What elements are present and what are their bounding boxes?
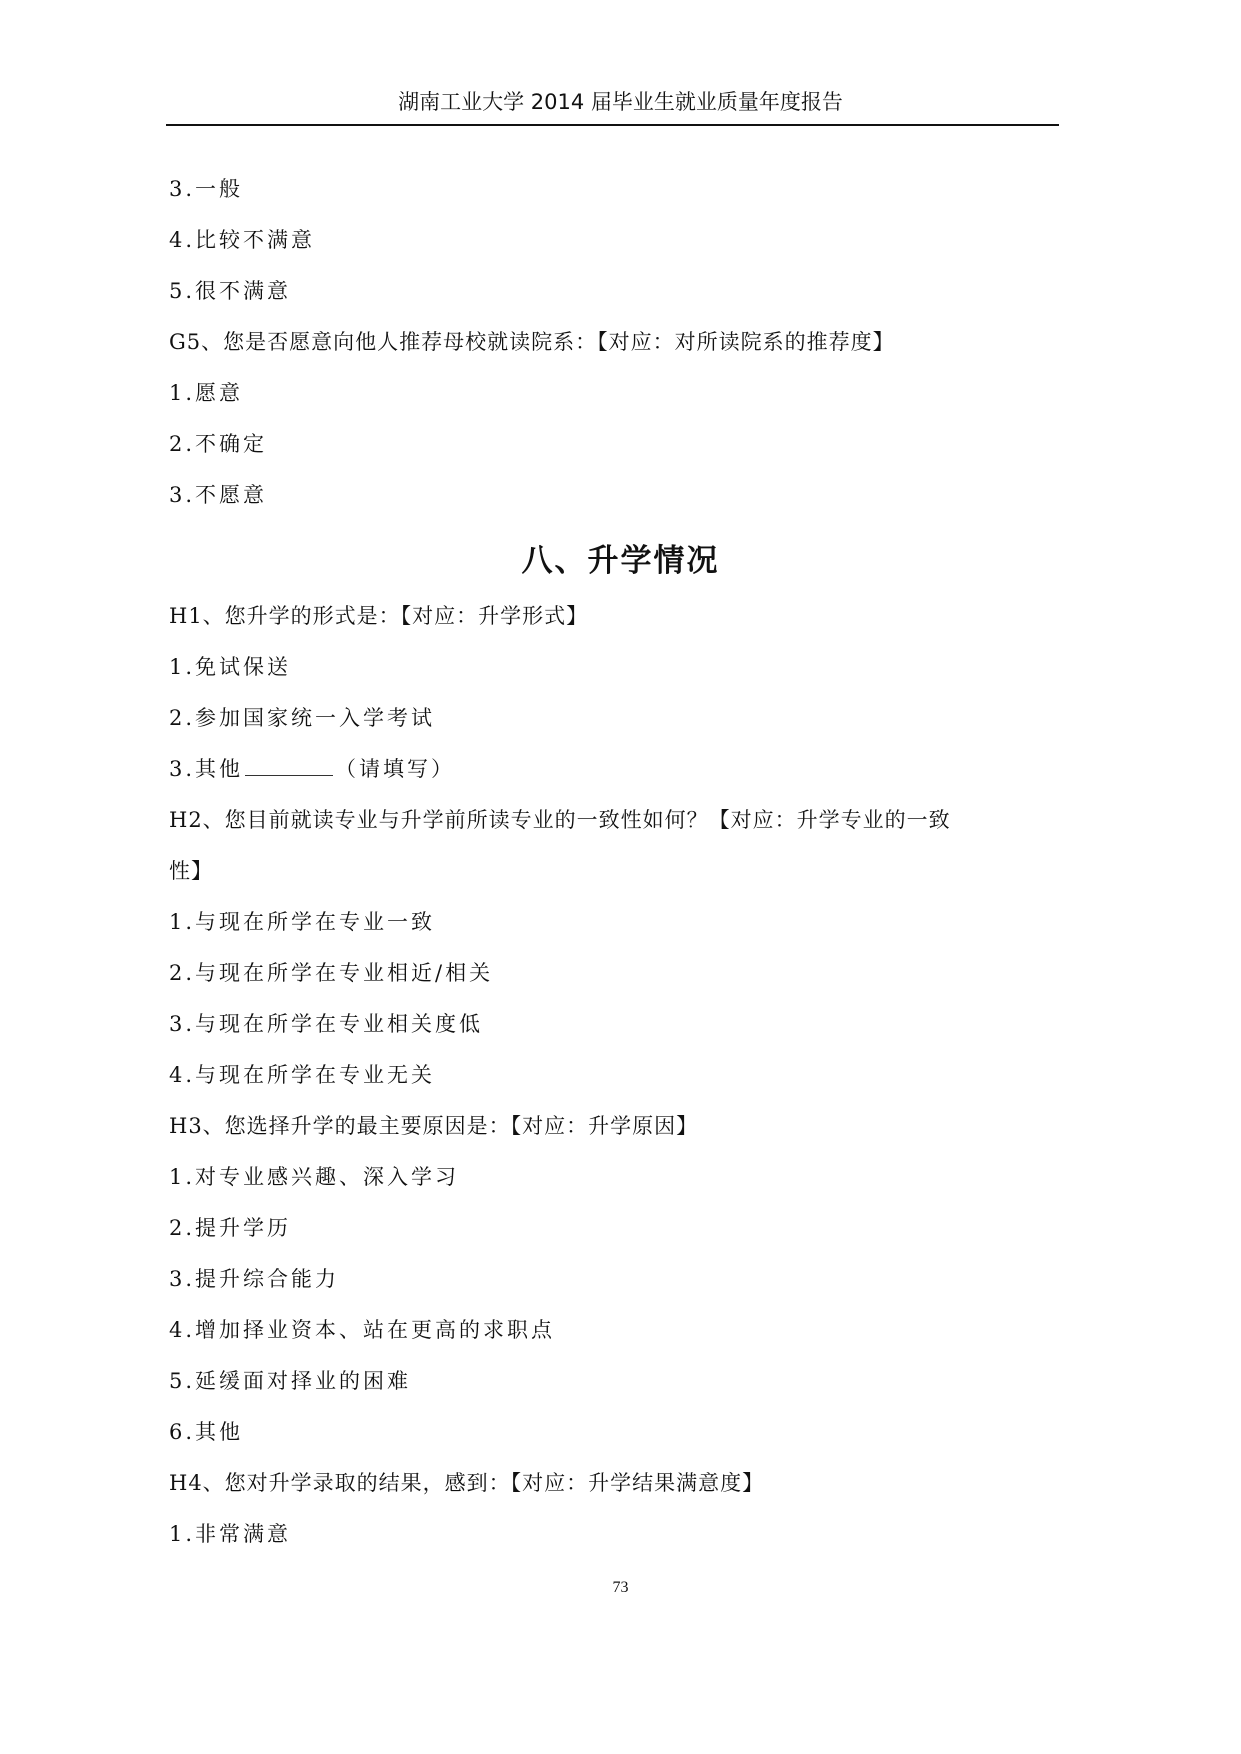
- option-line: 1.对专业感兴趣、深入学习: [169, 1161, 459, 1191]
- option-line: 4.增加择业资本、站在更高的求职点: [169, 1314, 555, 1344]
- option-line: 3.不愿意: [169, 479, 267, 509]
- option-line: 3.提升综合能力: [169, 1263, 339, 1293]
- report-title: 湖南工业大学 2014 届毕业生就业质量年度报告: [0, 86, 1241, 116]
- option-line: 1.愿意: [169, 377, 243, 407]
- question-h2-cont: 性】: [169, 855, 213, 885]
- option-line: 3.与现在所学在专业相关度低: [169, 1008, 483, 1038]
- page-number: 73: [0, 1579, 1241, 1597]
- option-other-line: 3.其他（请填写）: [169, 753, 455, 783]
- option-line: 2.不确定: [169, 428, 267, 458]
- option-line: 6.其他: [169, 1416, 243, 1446]
- option-line: 1.免试保送: [169, 651, 291, 681]
- option-line: 1.非常满意: [169, 1518, 291, 1548]
- question-g5: G5、您是否愿意向他人推荐母校就读院系：【对应：对所读院系的推荐度】: [169, 326, 895, 356]
- fill-in-blank: [245, 757, 333, 776]
- option-line: 2.参加国家统一入学考试: [169, 702, 435, 732]
- option-line: 5.延缓面对择业的困难: [169, 1365, 411, 1395]
- question-h4: H4、您对升学录取的结果，感到：【对应：升学结果满意度】: [169, 1467, 764, 1497]
- section-title: 八、升学情况: [0, 535, 1241, 580]
- question-h3: H3、您选择升学的最主要原因是：【对应：升学原因】: [169, 1110, 698, 1140]
- option-line: 2.与现在所学在专业相近/相关: [169, 957, 493, 987]
- option-other-hint: （请填写）: [335, 757, 455, 781]
- option-line: 5.很不满意: [169, 275, 291, 305]
- question-h2: H2、您目前就读专业与升学前所读专业的一致性如何？【对应：升学专业的一致: [169, 804, 951, 834]
- option-other-label: 3.其他: [169, 757, 243, 781]
- option-line: 2.提升学历: [169, 1212, 291, 1242]
- option-line: 4.比较不满意: [169, 224, 315, 254]
- option-line: 3.一般: [169, 173, 243, 203]
- header-divider: [166, 124, 1059, 126]
- option-line: 4.与现在所学在专业无关: [169, 1059, 435, 1089]
- question-h1: H1、您升学的形式是：【对应：升学形式】: [169, 600, 588, 630]
- option-line: 1.与现在所学在专业一致: [169, 906, 435, 936]
